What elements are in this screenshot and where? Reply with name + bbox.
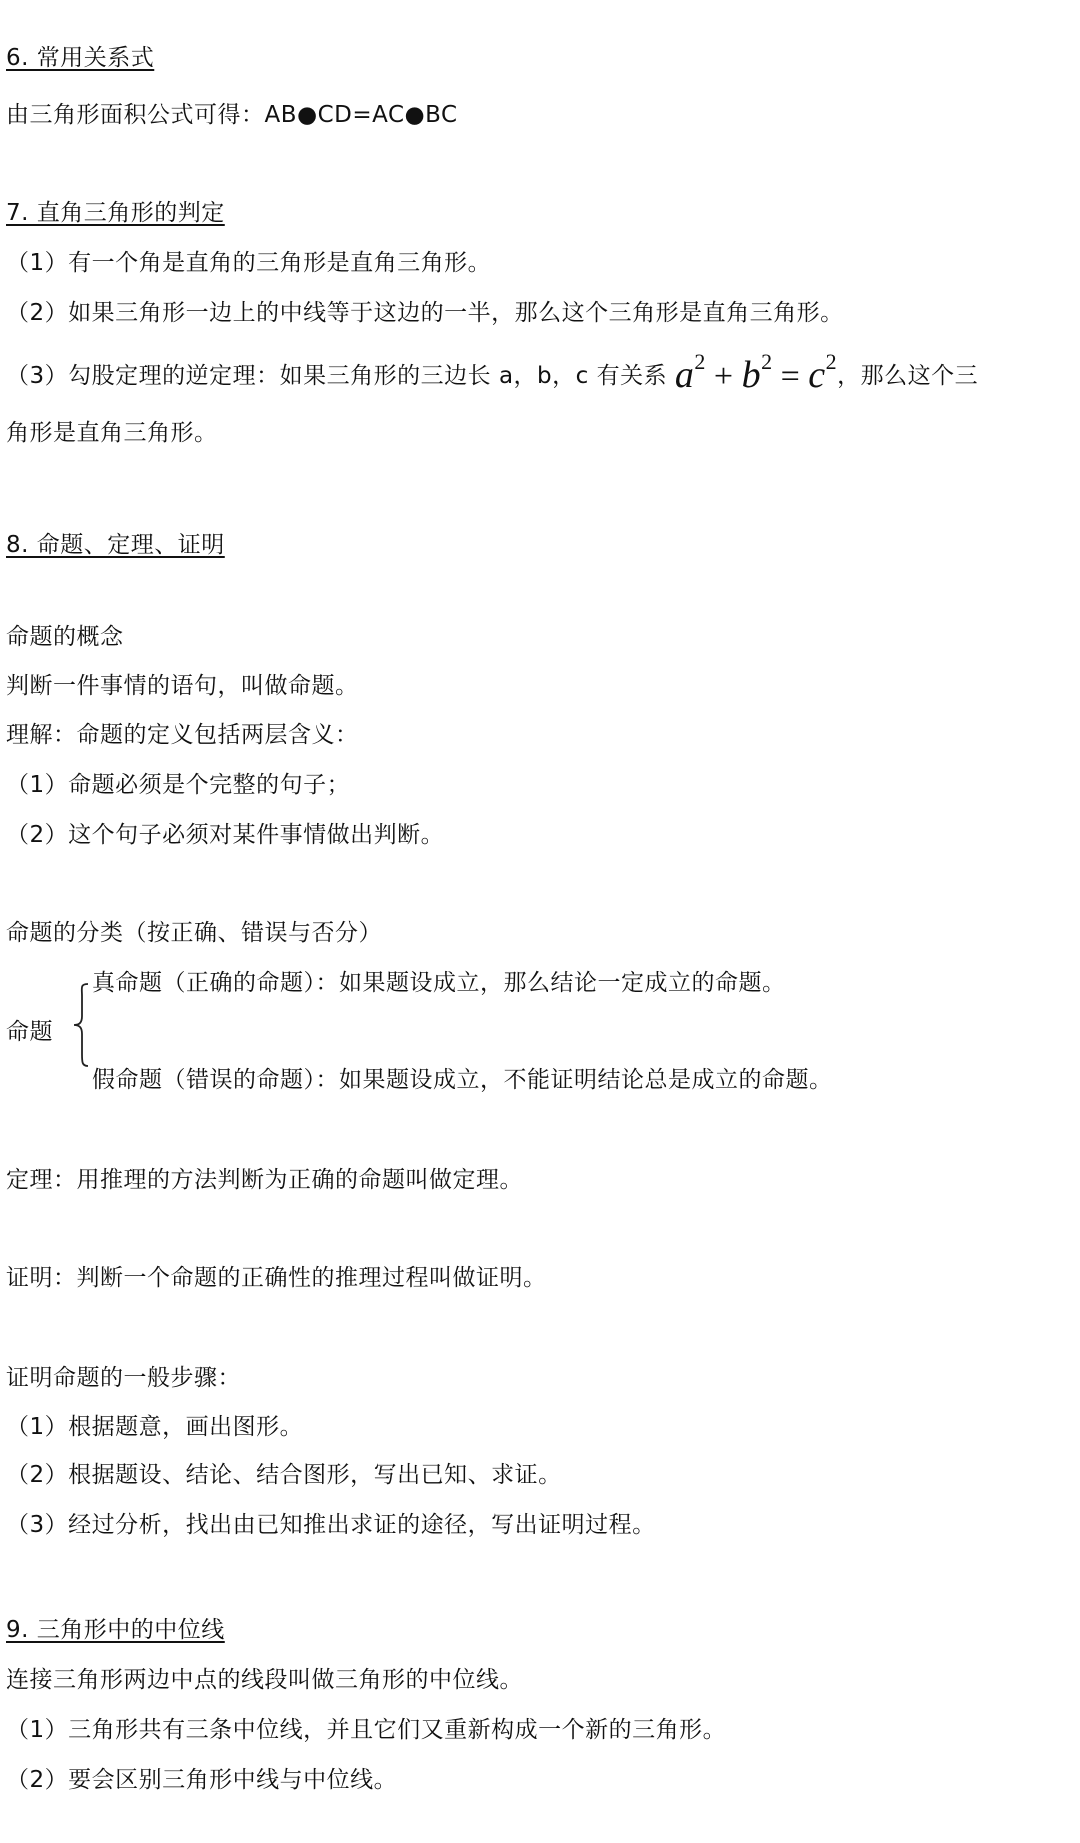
formula-b: b bbox=[742, 354, 762, 396]
formula-exp-c: 2 bbox=[826, 349, 838, 374]
midline-definition: 连接三角形两边中点的线段叫做三角形的中位线。 bbox=[6, 1665, 523, 1695]
section-9-heading-text: 9. 三角形中的中位线 bbox=[6, 1617, 225, 1643]
proof-definition: 证明：判断一个命题的正确性的推理过程叫做证明。 bbox=[6, 1263, 547, 1293]
classification-title: 命题的分类（按正确、错误与否分） bbox=[6, 918, 382, 948]
section-9-heading: 9. 三角形中的中位线 bbox=[6, 1615, 225, 1645]
concept-definition: 判断一件事情的语句，叫做命题。 bbox=[6, 671, 359, 701]
formula-c: c bbox=[808, 354, 825, 396]
section-7-heading: 7. 直角三角形的判定 bbox=[6, 198, 255, 228]
section-6-heading-text: 6. 常用关系式 bbox=[6, 45, 154, 71]
s7-item-3: （3）勾股定理的逆定理：如果三角形的三边长 a，b，c 有关系 a2+b2=c2… bbox=[6, 360, 978, 392]
proof-steps-title: 证明命题的一般步骤： bbox=[6, 1363, 241, 1393]
proof-step-2: （2）根据题设、结论、结合图形，写出已知、求证。 bbox=[6, 1460, 562, 1490]
concept-item-1: （1）命题必须是个完整的句子； bbox=[6, 770, 350, 800]
false-proposition-branch: 假命题（错误的命题）：如果题设成立，不能证明结论总是成立的命题。 bbox=[92, 1065, 833, 1095]
section-8-heading: 8. 命题、定理、证明 bbox=[6, 530, 239, 560]
section-6-heading: 6. 常用关系式 bbox=[6, 43, 154, 73]
pythagorean-formula: a2+b2=c2 bbox=[675, 354, 837, 396]
s7-item-3-prefix: （3）勾股定理的逆定理：如果三角形的三边长 a，b，c 有关系 bbox=[6, 363, 667, 389]
s7-item-2: （2）如果三角形一边上的中线等于这边的一半，那么这个三角形是直角三角形。 bbox=[6, 298, 844, 328]
true-proposition-branch: 真命题（正确的命题）：如果题设成立，那么结论一定成立的命题。 bbox=[92, 968, 786, 998]
formula-a: a bbox=[675, 354, 695, 396]
s7-item-3-suffix: ，那么这个三 bbox=[837, 363, 978, 389]
midline-item-1: （1）三角形共有三条中位线，并且它们又重新构成一个新的三角形。 bbox=[6, 1715, 726, 1745]
concept-title: 命题的概念 bbox=[6, 622, 124, 652]
formula-exp-b: 2 bbox=[761, 349, 773, 374]
theorem-definition: 定理：用推理的方法判断为正确的命题叫做定理。 bbox=[6, 1165, 523, 1195]
formula-equals: = bbox=[781, 358, 801, 395]
concept-item-2: （2）这个句子必须对某件事情做出判断。 bbox=[6, 820, 444, 850]
formula-exp-a: 2 bbox=[694, 349, 706, 374]
proof-step-1: （1）根据题意，画出图形。 bbox=[6, 1412, 303, 1442]
formula-plus: + bbox=[714, 358, 734, 395]
section-7-heading-text: 7. 直角三角形的判定 bbox=[6, 200, 225, 226]
classification-root: 命题 bbox=[6, 1017, 53, 1047]
concept-understanding: 理解：命题的定义包括两层含义： bbox=[6, 720, 359, 750]
proof-step-3: （3）经过分析，找出由已知推出求证的途径，写出证明过程。 bbox=[6, 1510, 656, 1540]
area-formula-line: 由三角形面积公式可得：AB●CD=AC●BC bbox=[6, 100, 458, 130]
midline-item-2: （2）要会区别三角形中线与中位线。 bbox=[6, 1765, 397, 1795]
s7-item-1: （1）有一个角是直角的三角形是直角三角形。 bbox=[6, 248, 491, 278]
s7-item-3-continuation: 角形是直角三角形。 bbox=[6, 418, 218, 448]
section-8-heading-text: 8. 命题、定理、证明 bbox=[6, 532, 225, 558]
curly-brace-icon bbox=[72, 982, 94, 1068]
